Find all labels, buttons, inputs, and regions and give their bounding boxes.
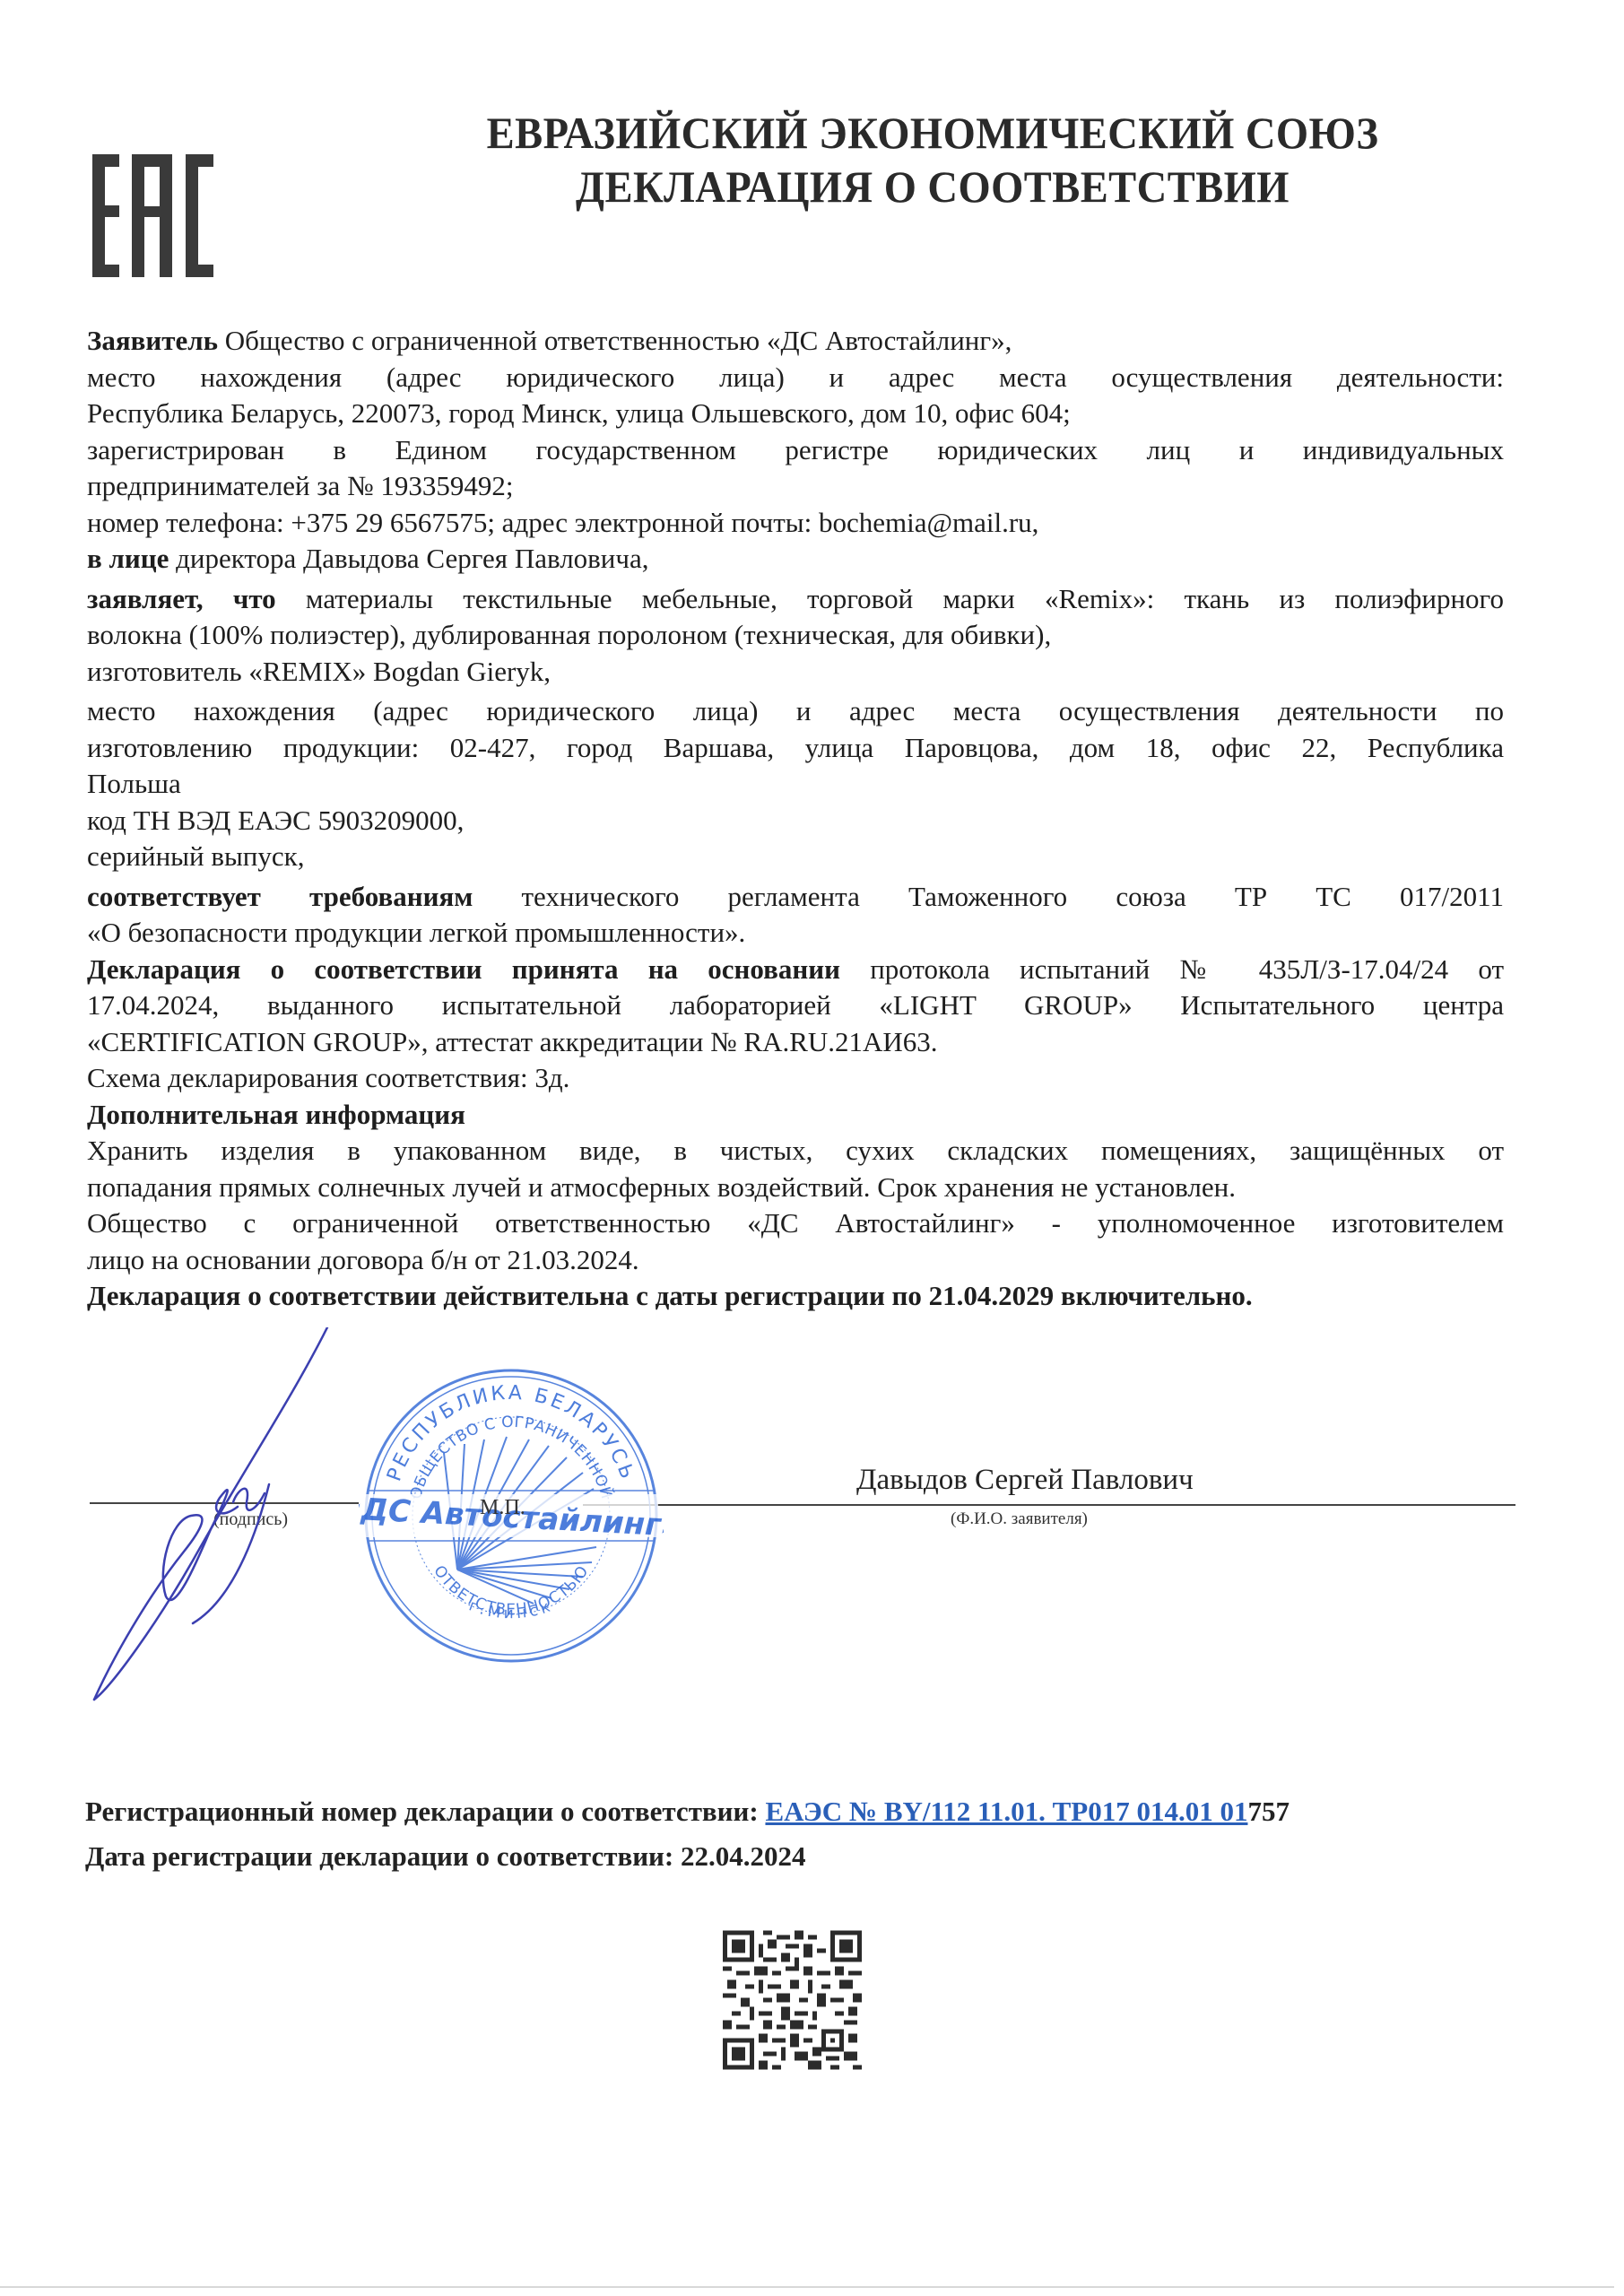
product-line1: материалы текстильные мебельные, торгово… bbox=[276, 583, 1504, 614]
signature-line bbox=[90, 1502, 359, 1504]
manufacturer: изготовитель «REMIX» Bogdan Gieryk, bbox=[87, 654, 1504, 691]
handwritten-signature-icon bbox=[85, 1327, 354, 1704]
additional-line1: Хранить изделия в упакованном виде, в чи… bbox=[87, 1133, 1504, 1170]
svg-text:«ДС Автостайлинг»: «ДС Автостайлинг» bbox=[359, 1491, 664, 1544]
mfr-location-line2: изготовлению продукции: 02-427, город Ва… bbox=[87, 730, 1504, 767]
declaration-scheme: Схема декларирования соответствия: 3д. bbox=[87, 1060, 1504, 1097]
mfr-location-line1: место нахождения (адрес юридического лиц… bbox=[87, 693, 1504, 730]
svg-text:ОБЩЕСТВО С ОГРАНИЧЕННОЙ: ОБЩЕСТВО С ОГРАНИЧЕННОЙ bbox=[407, 1413, 617, 1501]
registration-number-label: Регистрационный номер декларации о соотв… bbox=[85, 1796, 765, 1827]
company-stamp-icon: РЕСПУБЛИКА БЕЛАРУСЬ ОБЩЕСТВО С ОГРАНИЧЕН… bbox=[359, 1363, 664, 1668]
applicant-label: Заявитель bbox=[87, 325, 218, 356]
declares-line1: заявляет, что материалы текстильные мебе… bbox=[87, 581, 1504, 618]
document-title: ДЕКЛАРАЦИЯ О СООТВЕТСТВИИ bbox=[341, 160, 1525, 213]
applicant-represented: в лице директора Давыдова Сергея Павлови… bbox=[87, 541, 1504, 578]
validity-statement: Декларация о соответствии действительна … bbox=[87, 1278, 1504, 1315]
declares-label: заявляет, что bbox=[87, 583, 276, 614]
registration-number-suffix: 757 bbox=[1247, 1796, 1290, 1827]
complies-text-line1: технического регламента Таможенного союз… bbox=[473, 881, 1504, 912]
document-header: ЕВРАЗИЙСКИЙ ЭКОНОМИЧЕСКИЙ СОЮЗ ДЕКЛАРАЦИ… bbox=[296, 106, 1569, 213]
applicant-address: Республика Беларусь, 220073, город Минск… bbox=[87, 396, 1504, 432]
registration-date-line: Дата регистрации декларации о соответств… bbox=[85, 1834, 1290, 1879]
registration-number-line: Регистрационный номер декларации о соотв… bbox=[85, 1789, 1290, 1834]
basis-line1: Декларация о соответствии принята на осн… bbox=[87, 952, 1504, 988]
complies-label: соответствует требованиям bbox=[87, 881, 473, 912]
production-type: серийный выпуск, bbox=[87, 839, 1504, 875]
applicant-full-name: Давыдов Сергей Павлович bbox=[856, 1464, 1194, 1497]
registration-block: Регистрационный номер декларации о соотв… bbox=[85, 1789, 1290, 1879]
product-line2: волокна (100% полиэстер), дублированная … bbox=[87, 617, 1504, 654]
additional-info-title: Дополнительная информация bbox=[87, 1097, 1504, 1134]
svg-text:ОТВЕТСТВЕННОСТЬЮ: ОТВЕТСТВЕННОСТЬЮ bbox=[430, 1562, 593, 1619]
applicant-registered-line2: предпринимателей за № 193359492; bbox=[87, 468, 1504, 505]
applicant-contacts: номер телефона: +375 29 6567575; адрес э… bbox=[87, 505, 1504, 542]
registration-number-link[interactable]: ЕАЭС № BY/112 11.01. ТР017 014.01 01 bbox=[765, 1796, 1247, 1827]
complies-line1: соответствует требованиям технического р… bbox=[87, 879, 1504, 916]
applicant-registered-line1: зарегистрирован в Едином государственном… bbox=[87, 432, 1504, 469]
mfr-location-line3: Польша bbox=[87, 766, 1504, 803]
complies-text-line2: «О безопасности продукции легкой промышл… bbox=[87, 915, 1504, 952]
basis-line2: 17.04.2024, выданного испытательной лабо… bbox=[87, 987, 1504, 1024]
declaration-body: Заявитель Общество с ограниченной ответс… bbox=[87, 323, 1504, 1315]
qr-code-icon[interactable] bbox=[723, 1928, 862, 2072]
basis-line3: «CERTIFICATION GROUP», аттестат аккредит… bbox=[87, 1024, 1504, 1061]
applicant-name-line bbox=[583, 1504, 1515, 1506]
hs-code: код ТН ВЭД ЕАЭС 5903209000, bbox=[87, 803, 1504, 839]
svg-text:г.Минск: г.Минск bbox=[466, 1596, 556, 1622]
applicant-name: Общество с ограниченной ответственностью… bbox=[218, 325, 1012, 356]
authorized-line2: лицо на основании договора б/н от 21.03.… bbox=[87, 1242, 1504, 1279]
union-title: ЕВРАЗИЙСКИЙ ЭКОНОМИЧЕСКИЙ СОЮЗ bbox=[341, 106, 1525, 160]
svg-text:РЕСПУБЛИКА БЕЛАРУСЬ: РЕСПУБЛИКА БЕЛАРУСЬ bbox=[383, 1382, 638, 1484]
additional-line2: попадания прямых солнечных лучей и атмос… bbox=[87, 1170, 1504, 1206]
applicant-location-line: место нахождения (адрес юридического лиц… bbox=[87, 360, 1504, 396]
registration-date-label: Дата регистрации декларации о соответств… bbox=[85, 1840, 681, 1872]
basis-text-line1: протокола испытаний № 435Л/З-17.04/24 от bbox=[840, 953, 1504, 985]
basis-label: Декларация о соответствии принята на осн… bbox=[87, 953, 840, 985]
represented-by: директора Давыдова Сергея Павловича, bbox=[169, 543, 648, 574]
eac-logo-icon bbox=[92, 154, 213, 277]
stamp-place-mark: М.П. bbox=[480, 1496, 525, 1520]
applicant-name-caption: (Ф.И.О. заявителя) bbox=[951, 1509, 1088, 1529]
signature-caption: (подпись) bbox=[213, 1509, 288, 1530]
authorized-line1: Общество с ограниченной ответственностью… bbox=[87, 1205, 1504, 1242]
applicant-line: Заявитель Общество с ограниченной ответс… bbox=[87, 323, 1504, 360]
page-bottom-edge bbox=[0, 2286, 1614, 2288]
registration-date: 22.04.2024 bbox=[681, 1840, 806, 1872]
represented-label: в лице bbox=[87, 543, 169, 574]
